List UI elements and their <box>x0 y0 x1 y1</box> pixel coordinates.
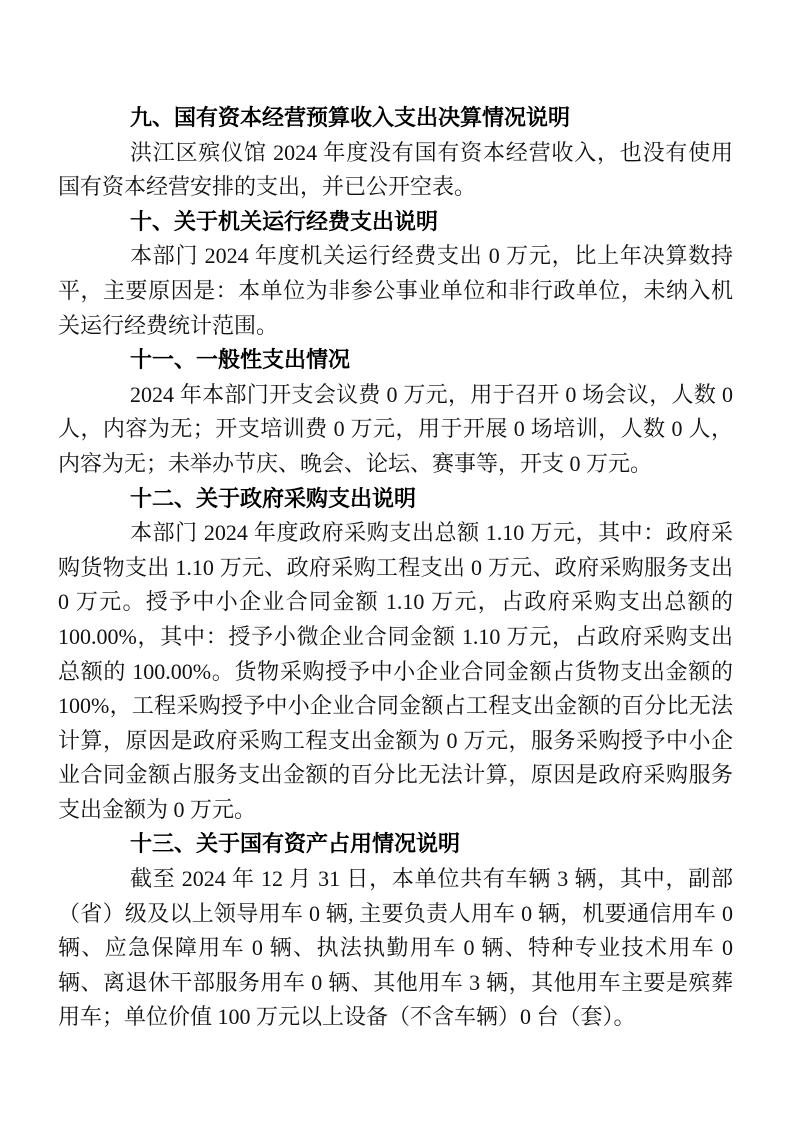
section-heading: 十二、关于政府采购支出说明 <box>58 482 733 517</box>
section-paragraph: 截至 2024 年 12 月 31 日，本单位共有车辆 3 辆，其中，副部（省）… <box>58 862 733 1035</box>
section-state-capital-budget: 九、国有资本经营预算收入支出决算情况说明 洪江区殡仪馆 2024 年度没有国有资… <box>58 101 733 205</box>
section-paragraph: 洪江区殡仪馆 2024 年度没有国有资本经营收入，也没有使用国有资本经营安排的支… <box>58 136 733 205</box>
section-paragraph: 本部门 2024 年度机关运行经费支出 0 万元，比上年决算数持平，主要原因是：… <box>58 239 733 343</box>
section-paragraph: 本部门 2024 年度政府采购支出总额 1.10 万元，其中：政府采购货物支出 … <box>58 516 733 827</box>
section-agency-operating-expense: 十、关于机关运行经费支出说明 本部门 2024 年度机关运行经费支出 0 万元，… <box>58 205 733 343</box>
section-heading: 九、国有资本经营预算收入支出决算情况说明 <box>58 101 733 136</box>
section-heading: 十三、关于国有资产占用情况说明 <box>58 827 733 862</box>
section-state-asset-occupancy: 十三、关于国有资产占用情况说明 截至 2024 年 12 月 31 日，本单位共… <box>58 827 733 1035</box>
section-paragraph: 2024 年本部门开支会议费 0 万元，用于召开 0 场会议，人数 0 人，内容… <box>58 378 733 482</box>
section-general-expenditure: 十一、一般性支出情况 2024 年本部门开支会议费 0 万元，用于召开 0 场会… <box>58 343 733 481</box>
section-government-procurement: 十二、关于政府采购支出说明 本部门 2024 年度政府采购支出总额 1.10 万… <box>58 482 733 828</box>
section-heading: 十、关于机关运行经费支出说明 <box>58 205 733 240</box>
section-heading: 十一、一般性支出情况 <box>58 343 733 378</box>
document-page: 九、国有资本经营预算收入支出决算情况说明 洪江区殡仪馆 2024 年度没有国有资… <box>0 0 793 1122</box>
document-body: 九、国有资本经营预算收入支出决算情况说明 洪江区殡仪馆 2024 年度没有国有资… <box>58 101 733 1035</box>
